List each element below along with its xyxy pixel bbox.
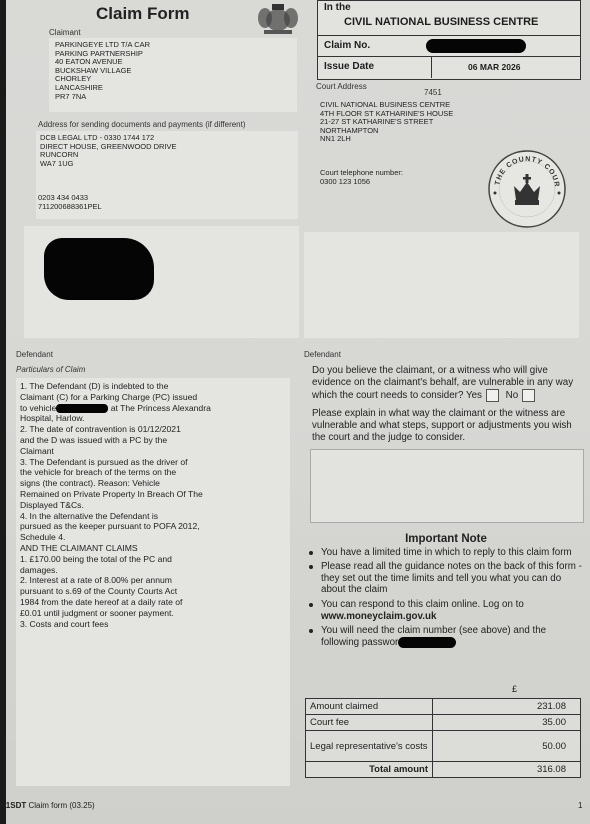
note-item: You have a limited time in which to repl… xyxy=(306,547,586,559)
court-address-line: NN1 2LH xyxy=(320,135,453,144)
note-item: Please read all the guidance notes on th… xyxy=(306,561,586,596)
send-address-label: Address for sending documents and paymen… xyxy=(38,120,246,129)
particulars-line: Claimant (C) for a Parking Charge (PC) i… xyxy=(20,392,211,403)
court-address-label: Court Address xyxy=(316,82,367,91)
redacted-password xyxy=(398,637,456,648)
send-address: DCB LEGAL LTD - 0330 1744 172 DIRECT HOU… xyxy=(40,134,177,168)
particulars-line: damages. xyxy=(20,565,211,576)
particulars-panel: 1. The Defendant (D) is indebted to the … xyxy=(16,378,290,786)
form-footer: N1SDT Claim form (03.25) xyxy=(0,801,95,810)
claim-form-page: Claim Form Claimant PARKINGEYE LTD T/A C… xyxy=(6,0,590,824)
defendant-label: Defendant xyxy=(16,350,53,359)
no-label: No xyxy=(506,390,519,401)
particulars-line: signs (the contract). Reason: Vehicle xyxy=(20,478,211,489)
court-name: CIVIL NATIONAL BUSINESS CENTRE xyxy=(344,16,538,28)
particulars-line: 1. The Defendant (D) is indebted to the xyxy=(20,381,211,392)
currency-symbol: £ xyxy=(512,684,517,694)
particulars-line: Hospital, Harlow. xyxy=(20,413,211,424)
claim-no-row: Claim No. xyxy=(318,35,580,57)
important-note-title: Important Note xyxy=(306,534,586,546)
claim-no-label: Claim No. xyxy=(324,40,370,51)
in-the-label: In the xyxy=(324,2,351,13)
royal-coat-of-arms-icon xyxy=(256,2,300,36)
redacted-defendant-address xyxy=(44,238,154,300)
claimant-line: PR7 7NA xyxy=(55,93,150,102)
amount-label: Legal representative's costs xyxy=(306,731,433,762)
amount-value: 50.00 xyxy=(433,731,581,762)
particulars-line: the vehicle for breach of the terms on t… xyxy=(20,467,211,478)
particulars-line: 1. £170.00 being the total of the PC and xyxy=(20,554,211,565)
court-telephone-value: 0300 123 1056 xyxy=(320,178,403,187)
yes-checkbox[interactable] xyxy=(486,389,499,402)
particulars-line: 2. Interest at a rate of 8.00% per annum xyxy=(20,575,211,586)
claimant-address: PARKINGEYE LTD T/A CAR PARKING PARTNERSH… xyxy=(55,41,150,101)
total-row: Total amount316.08 xyxy=(306,762,581,778)
issue-date-row: Issue Date 06 MAR 2026 xyxy=(318,56,580,78)
vulnerability-question: Do you believe the claimant, or a witnes… xyxy=(312,365,588,402)
particulars-line: to vehicle at The Princess Alexandra xyxy=(20,403,211,414)
amount-row: Amount claimed231.08 xyxy=(306,699,581,715)
issue-date-value: 06 MAR 2026 xyxy=(468,62,520,72)
amount-label: Amount claimed xyxy=(306,699,433,715)
page-title: Claim Form xyxy=(96,4,190,24)
total-label: Total amount xyxy=(306,762,433,778)
redacted-claim-number xyxy=(426,39,526,53)
note-item: You will need the claim number (see abov… xyxy=(306,625,586,648)
form-name: Claim form (03.25) xyxy=(28,801,94,810)
particulars-line: 1984 from the date hereof at a daily rat… xyxy=(20,597,211,608)
send-address-panel: DCB LEGAL LTD - 0330 1744 172 DIRECT HOU… xyxy=(36,131,298,219)
yes-label: Yes xyxy=(466,390,482,401)
particulars-line: Schedule 4. xyxy=(20,532,211,543)
side-reference-code: W6437/3310/286K43 xyxy=(6,120,18,210)
important-note: Important Note You have a limited time i… xyxy=(306,534,586,651)
amount-row: Court fee35.00 xyxy=(306,715,581,731)
note-item-text: You can respond to this claim online. Lo… xyxy=(321,599,524,610)
particulars-line: AND THE CLAIMANT CLAIMS xyxy=(20,543,211,554)
amounts-table: Amount claimed231.08 Court fee35.00 Lega… xyxy=(305,698,581,778)
defendant-right-panel xyxy=(304,232,579,338)
issue-date-label: Issue Date xyxy=(324,61,374,72)
claimant-panel: PARKINGEYE LTD T/A CAR PARKING PARTNERSH… xyxy=(49,38,297,112)
crown-seal-icon: THE COUNTY COURT xyxy=(486,148,568,230)
send-address-line: WA7 1UG xyxy=(40,160,177,169)
particulars-line: 2. The date of contravention is 01/12/20… xyxy=(20,424,211,435)
court-address: CIVIL NATIONAL BUSINESS CENTRE 4TH FLOOR… xyxy=(320,101,453,144)
particulars-line: pursued as the keeper pursuant to POFA 2… xyxy=(20,521,211,532)
claimant-label: Claimant xyxy=(49,28,81,37)
particulars-line: Displayed T&Cs. xyxy=(20,500,211,511)
form-code: N1SDT xyxy=(0,801,26,810)
send-reference: 711200688361PEL xyxy=(38,203,102,212)
amount-value: 35.00 xyxy=(433,715,581,731)
vulnerability-explain-field[interactable] xyxy=(310,449,584,523)
amount-value: 231.08 xyxy=(433,699,581,715)
court-details-box: In the CIVIL NATIONAL BUSINESS CENTRE Cl… xyxy=(317,0,581,80)
total-value: 316.08 xyxy=(433,762,581,778)
defendant-label-right: Defendant xyxy=(304,350,341,359)
amount-row: Legal representative's costs50.00 xyxy=(306,731,581,762)
particulars-line: pursuant to s.69 of the County Courts Ac… xyxy=(20,586,211,597)
vulnerability-section: Do you believe the claimant, or a witnes… xyxy=(306,362,586,448)
particulars-line: £0.01 until judgment or sooner payment. xyxy=(20,608,211,619)
court-telephone: Court telephone number: 0300 123 1056 xyxy=(320,169,403,186)
particulars-text: 1. The Defendant (D) is indebted to the … xyxy=(20,381,211,629)
send-contact: 0203 434 0433 711200688361PEL xyxy=(38,194,102,211)
page-number: 1 xyxy=(578,801,582,810)
particulars-line: Remained on Private Property In Breach O… xyxy=(20,489,211,500)
defendant-address-panel xyxy=(24,226,299,338)
redacted-vehicle-reg xyxy=(56,404,108,413)
particulars-line: 3. Costs and court fees xyxy=(20,619,211,630)
particulars-label: Particulars of Claim xyxy=(16,365,85,374)
note-item: You can respond to this claim online. Lo… xyxy=(306,599,586,622)
no-checkbox[interactable] xyxy=(522,389,535,402)
divider xyxy=(431,57,432,78)
vulnerability-explain-label: Please explain in what way the claimant … xyxy=(312,408,582,443)
particulars-line: 4. In the alternative the Defendant is xyxy=(20,511,211,522)
particulars-line: and the D was issued with a PC by the xyxy=(20,435,211,446)
moneyclaim-link[interactable]: www.moneyclaim.gov.uk xyxy=(321,611,436,622)
court-code: 7451 xyxy=(424,88,442,97)
particulars-line: Claimant xyxy=(20,446,211,457)
particulars-line: 3. The Defendant is pursued as the drive… xyxy=(20,457,211,468)
amount-label: Court fee xyxy=(306,715,433,731)
